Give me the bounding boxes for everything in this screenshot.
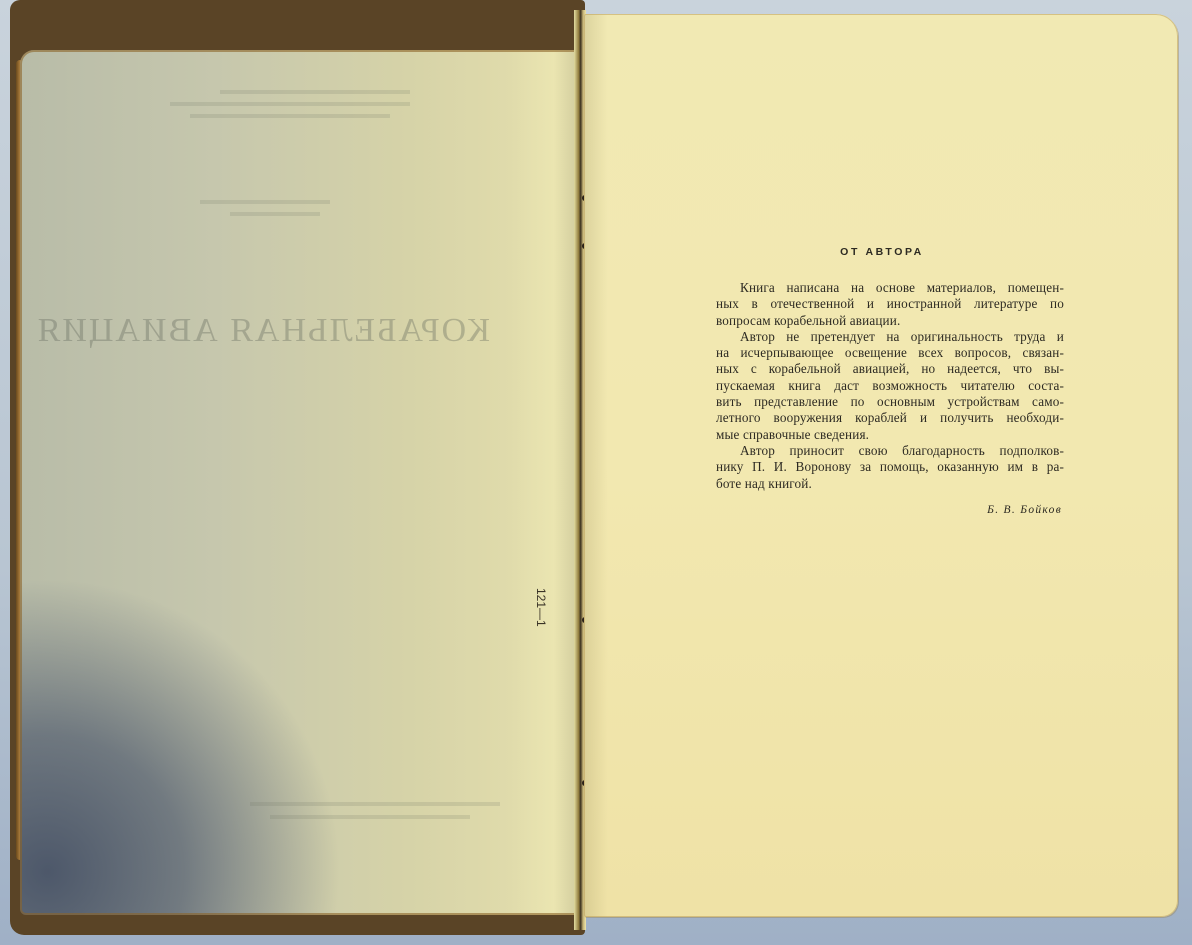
bleed-through-line	[220, 90, 410, 94]
bleed-through-line	[250, 802, 500, 806]
text-line: ных в отечественной и иностранной литера…	[692, 296, 1064, 312]
catalog-number: 121—1	[534, 588, 548, 627]
text-line: Автор не претендует на оригинальность тр…	[692, 329, 1064, 345]
paragraph-2: Автор не претендует на оригинальность тр…	[692, 329, 1064, 443]
text-line: нику П. И. Воронову за помощь, оказанную…	[692, 459, 1064, 475]
left-page	[20, 50, 576, 915]
text-line: Автор приносит свою благодарность подпол…	[692, 443, 1064, 459]
foreword-heading: ОТ АВТОРА	[700, 246, 1064, 258]
bleed-through-line	[170, 102, 410, 106]
text-line: на исчерпывающее освещение всех вопросов…	[692, 345, 1064, 361]
text-line: летного вооружения кораблей и получить н…	[692, 410, 1064, 426]
author-signature: Б. В. Бойков	[692, 504, 1064, 516]
bleed-through-line	[230, 212, 320, 216]
text-line: боте над книгой.	[692, 476, 1064, 492]
text-line: вить представление по основным устройств…	[692, 394, 1064, 410]
right-page: ОТ АВТОРА Книга написана на основе матер…	[584, 14, 1178, 917]
bleed-through-line	[190, 114, 390, 118]
text-line: вопросам корабельной авиации.	[692, 313, 1064, 329]
text-line: мые справочные сведения.	[692, 427, 1064, 443]
text-line: пускаемая книга даст возможность читател…	[692, 378, 1064, 394]
foreword-text-block: ОТ АВТОРА Книга написана на основе матер…	[692, 246, 1064, 516]
paragraph-3: Автор приносит свою благодарность подпол…	[692, 443, 1064, 492]
paragraph-1: Книга написана на основе материалов, пом…	[692, 280, 1064, 329]
text-line: ных с корабельной авиацией, но надеется,…	[692, 361, 1064, 377]
bleed-through-line	[200, 200, 330, 204]
bleed-through-title: КОРАБЕЛЬНАЯ АВИАЦИЯ	[110, 312, 490, 350]
text-line: Книга написана на основе материалов, пом…	[692, 280, 1064, 296]
bleed-through-line	[270, 815, 470, 819]
